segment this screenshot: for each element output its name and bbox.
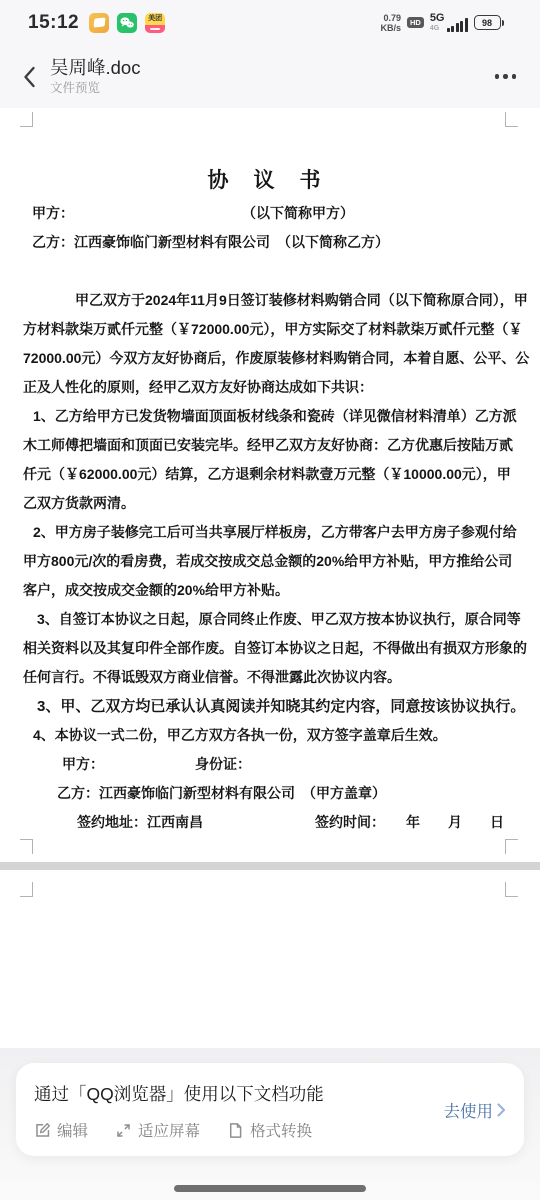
more-options-button[interactable] [493,64,519,89]
battery-icon: 98 [474,15,505,30]
status-bar: 15:12 美团 0.79 KB/s HD [0,0,540,45]
file-preview-header: 吴周峰.doc 文件预览 [0,45,540,108]
chevron-right-icon [496,1102,506,1118]
doc-line: 72000.00元）今双方友好协商后，作废原装修材料购销合同，本着自愿、公平、公 [23,344,507,373]
page1-bottom-right-cropmark [505,839,518,854]
doc-line: 方材料款柒万贰仟元整（￥72000.00元），甲方实际交了材料款柒万贰仟元整（￥ [23,315,507,344]
meituan-app-icon: 美团 [145,13,165,33]
page2-top-left-cropmark [20,882,33,897]
doc-line: 乙方：江西豪饰临门新型材料有限公司 （以下简称乙方） [23,228,507,257]
phone-screen: 15:12 美团 0.79 KB/s HD [0,0,540,1200]
dot-icon [512,74,517,79]
edit-icon [34,1122,51,1139]
doc-line: 签约地址：江西南昌 签约时间： 年 月 日 [23,808,507,837]
home-indicator[interactable] [174,1185,366,1192]
signal-bars-icon [447,18,468,32]
promo-title: 通过「QQ浏览器」使用以下文档功能 [34,1081,506,1106]
wechat-bubbles-icon [117,13,137,33]
fit-screen-action[interactable]: 适应屏幕 [115,1119,200,1141]
doc-line: 乙方：江西豪饰临门新型材料有限公司 （甲方盖章） [23,779,507,808]
doc-line: 1、乙方给甲方已发货物墙面顶面板材线条和瓷砖（详见微信材料清单）乙方派 [23,402,507,431]
go-use-button[interactable]: 去使用 [444,1098,507,1122]
network-secondary-label: 4G [430,25,439,32]
doc-line [23,257,507,286]
status-indicators: 0.79 KB/s HD 5G 4G 98 [380,13,504,33]
document-text: 协 议 书甲方： （以下简称甲方）乙方：江西豪饰临门新型材料有限公司 （以下简称… [0,163,540,837]
meituan-icon-band [145,25,165,33]
doc-line: 3、自签订本协议之日起，原合同终止作废、甲乙双方按本协议执行，原合同等 [23,605,507,634]
clock: 15:12 [28,12,79,34]
format-convert-action[interactable]: 格式转换 [227,1119,312,1141]
back-button[interactable] [14,57,44,97]
doc-line: 正及人性化的原则，经甲乙双方友好协商达成如下共识： [23,373,507,402]
doc-line: 甲方： 身份证： [23,750,507,779]
edit-label: 编辑 [57,1119,88,1141]
page1-top-left-cropmark [20,112,33,127]
page1-bottom-left-cropmark [20,839,33,854]
notes-app-icon [89,13,109,33]
dot-icon [503,74,508,79]
cellular-signal: 5G 4G [430,13,468,32]
wechat-app-icon [117,13,137,33]
page-break-divider [0,862,540,870]
document-title: 吴周峰.doc [50,57,140,79]
fit-screen-label: 适应屏幕 [138,1119,200,1141]
format-convert-label: 格式转换 [250,1119,312,1141]
promo-card[interactable]: 通过「QQ浏览器」使用以下文档功能 编辑 适应屏 [16,1063,524,1156]
edit-action[interactable]: 编辑 [34,1119,88,1141]
fit-screen-icon [115,1122,132,1139]
doc-line: 乙双方货款两清。 [23,489,507,518]
promo-actions: 编辑 适应屏幕 格式转换 [34,1119,506,1141]
notification-app-icons: 美团 [89,13,165,33]
doc-line: 相关资料以及其复印件全部作废。自签订本协议之日起，不得做出有损双方形象的 [23,634,507,663]
network-type-label: 5G [430,13,445,24]
document-viewer[interactable]: 协 议 书甲方： （以下简称甲方）乙方：江西豪饰临门新型材料有限公司 （以下简称… [0,108,540,1048]
network-speed: 0.79 KB/s [380,13,401,33]
doc-line: 甲方： （以下简称甲方） [23,199,507,228]
doc-line: 任何言行。不得诋毁双方商业信誉。不得泄露此次协议内容。 [23,663,507,692]
doc-heading: 协 议 书 [23,163,507,199]
doc-line: 甲方800元/次的看房费，若成交按成交总金额的20%给甲方补贴，甲方推给公司 [23,547,507,576]
dot-icon [495,74,500,79]
doc-line: 木工师傅把墙面和顶面已安装完毕。经甲乙双方友好协商：乙方优惠后按陆万贰 [23,431,507,460]
header-titles: 吴周峰.doc 文件预览 [50,57,140,96]
doc-line: 2、甲方房子装修完工后可当共享展厅样板房，乙方带客户去甲方房子参观付给 [23,518,507,547]
back-chevron-icon [23,66,36,88]
preview-label: 文件预览 [50,80,140,96]
qq-browser-promo-panel: 通过「QQ浏览器」使用以下文档功能 编辑 适应屏 [0,1048,540,1200]
doc-line: 3、甲、乙双方均已承认认真阅读并知晓其约定内容，同意按该协议执行。 [23,692,507,721]
format-convert-icon [227,1122,244,1139]
doc-line: 客户，成交按成交金额的20%给甲方补贴。 [23,576,507,605]
doc-line: 仟元（￥62000.00元）结算，乙方退剩余材料款壹万元整（￥10000.00元… [23,460,507,489]
doc-line: 甲乙双方于2024年11月9日签订装修材料购销合同（以下简称原合同），甲 [23,286,507,315]
hd-volte-icon: HD [407,17,424,29]
page1-top-right-cropmark [505,112,518,127]
page2-top-right-cropmark [505,882,518,897]
doc-line: 4、本协议一式二份，甲乙方双方各执一份，双方签字盖章后生效。 [23,721,507,750]
battery-percent: 98 [482,18,492,28]
